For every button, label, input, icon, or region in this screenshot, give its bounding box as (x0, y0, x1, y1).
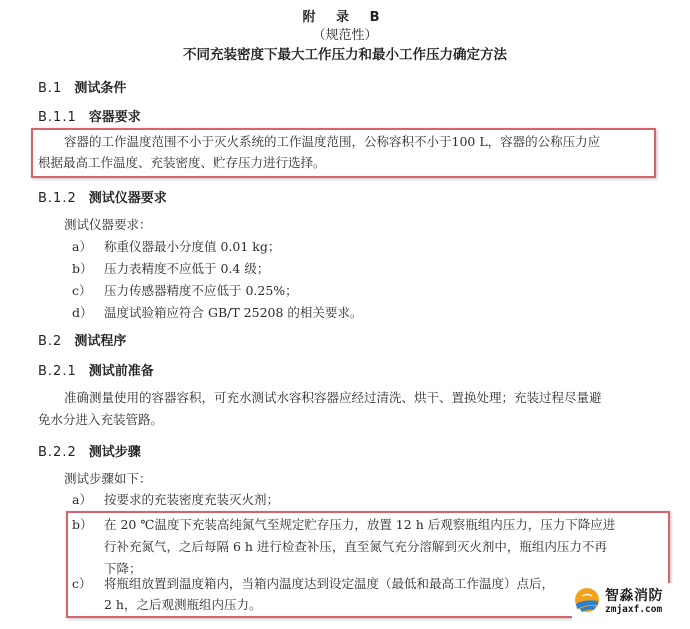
list-label: b） (72, 258, 93, 280)
fire-logo-icon (574, 587, 600, 613)
section-b1-heading: B.1测试条件 (38, 77, 126, 96)
section-b12-heading: B.1.2测试仪器要求 (38, 187, 167, 206)
section-number: B.1.2 (38, 191, 77, 206)
list-text: 行补充氮气，之后每隔 6 h 进行检查补压，直至氮气充分溶解到灭火剂中，瓶组内压… (104, 536, 607, 558)
paragraph-line: 免水分进入充装管路。 (38, 409, 163, 431)
section-number: B.2 (38, 334, 62, 349)
list-text: 压力传感器精度不应低于 0.25%； (104, 280, 298, 302)
list-label: b） (72, 514, 93, 536)
section-b2-heading: B.2测试程序 (38, 330, 126, 349)
list-text: 称重仪器最小分度值 0.01 kg； (104, 236, 280, 258)
section-number: B.1.1 (38, 110, 77, 125)
section-b11-heading: B.1.1容器要求 (38, 106, 141, 125)
list-label: a） (72, 489, 92, 511)
watermark: 智淼消防 zmjaxf.com (572, 583, 688, 623)
section-title: 测试仪器要求 (89, 191, 167, 206)
normative-label: （规范性） (0, 24, 690, 43)
list-text: 按要求的充装密度充装灭火剂； (104, 489, 279, 511)
section-title: 测试条件 (74, 81, 126, 96)
list-intro: 测试仪器要求： (64, 214, 152, 236)
paragraph-line: 容器的工作温度范围不小于灭火系统的工作温度范围，公称容积不小于100 L，容器的… (64, 131, 600, 153)
section-title: 测试程序 (74, 334, 126, 349)
list-text: 将瓶组放置到温度箱内，当箱内温度达到设定温度（最低和最高工作温度）点后， (104, 573, 554, 595)
list-intro: 测试步骤如下： (64, 468, 152, 490)
section-b21-heading: B.2.1测试前准备 (38, 360, 154, 379)
section-number: B.1 (38, 81, 62, 96)
list-text: 压力表精度不应低于 0.4 级； (104, 258, 269, 280)
list-text: 温度试验箱应符合 GB/T 25208 的相关要求。 (104, 302, 362, 324)
section-title: 容器要求 (89, 110, 141, 125)
section-number: B.2.2 (38, 445, 77, 460)
section-title: 测试前准备 (89, 364, 154, 379)
watermark-url: zmjaxf.com (605, 604, 662, 615)
list-text: 在 20 ℃温度下充装高纯氮气至规定贮存压力，放置 12 h 后观察瓶组内压力，… (104, 514, 615, 536)
paragraph-line: 根据最高工作温度、充装密度、贮存压力进行选择。 (38, 152, 326, 174)
paragraph-line: 准确测量使用的容器容积，可充水测试水容积容器应经过清洗、烘干、置换处理；充装过程… (64, 387, 602, 409)
list-text: 2 h，之后观测瓶组内压力。 (104, 594, 261, 616)
appendix-label: 附 录 B (0, 6, 690, 25)
list-label: c） (72, 573, 92, 595)
list-label: c） (72, 280, 92, 302)
appendix-title: 不同充装密度下最大工作压力和最小工作压力确定方法 (0, 43, 690, 63)
list-label: d） (72, 302, 93, 324)
section-number: B.2.1 (38, 364, 77, 379)
section-title: 测试步骤 (89, 445, 141, 460)
section-b22-heading: B.2.2测试步骤 (38, 441, 141, 460)
list-label: a） (72, 236, 92, 258)
watermark-name: 智淼消防 (605, 585, 663, 605)
